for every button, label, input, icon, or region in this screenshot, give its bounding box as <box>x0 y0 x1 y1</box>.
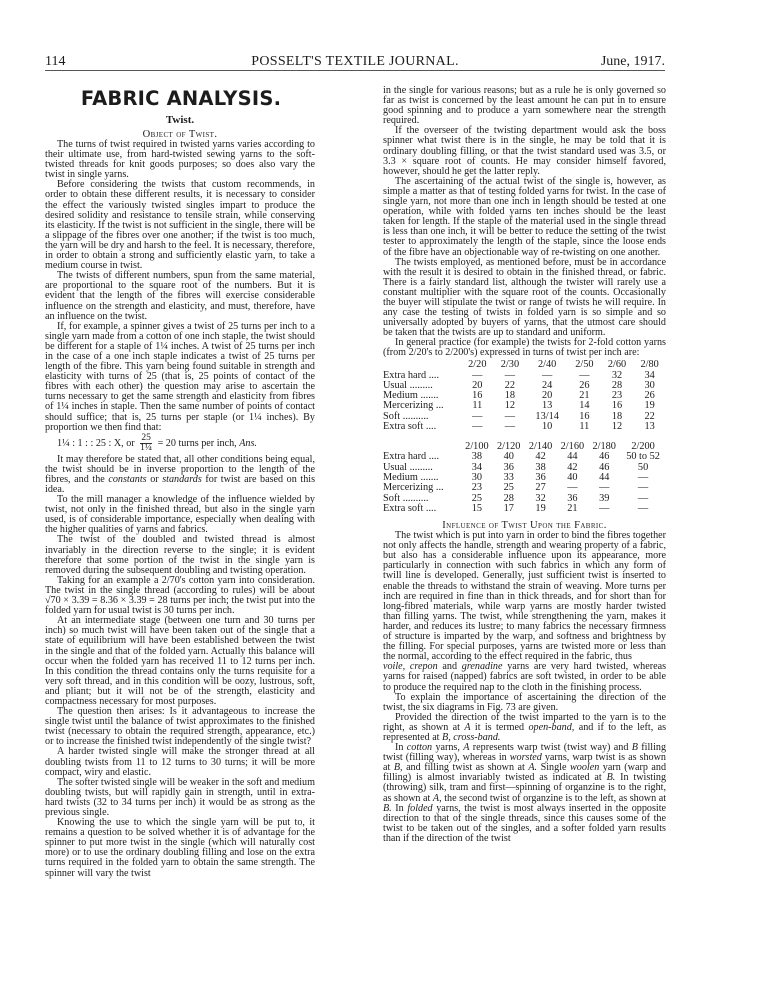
paragraph: The softer twisted single will be weaker… <box>45 778 315 818</box>
table-row: Extra soft .... — — 10 11 12 13 <box>383 422 666 432</box>
paragraph: It may therefore be stated that, all oth… <box>45 455 315 495</box>
table-cell: 27 <box>525 483 557 493</box>
column-header: 2/30 <box>494 360 527 371</box>
fraction-denominator: 1¼ <box>140 444 152 453</box>
paragraph: The question then arises: Is it advantag… <box>45 707 315 747</box>
table-cell: 15 <box>461 504 493 514</box>
table-cell: 17 <box>493 504 525 514</box>
issue-date: June, 1917. <box>601 54 665 70</box>
table-row: Mercerizing ... 23 25 27 — — — <box>383 483 666 493</box>
text-run: or <box>150 474 158 485</box>
paragraph: The twists employed, as mentioned before… <box>383 258 666 339</box>
table-cell: 10 <box>526 422 568 432</box>
paragraph: Before considering the twists that custo… <box>45 180 315 271</box>
twist-table-fine: 2/20 2/30 2/40 2/50 2/60 2/80 Extra hard… <box>383 360 666 433</box>
table-cell: 25 <box>493 483 525 493</box>
formula-answer: Ans. <box>239 438 257 449</box>
row-label: Mercerizing ... <box>383 483 461 493</box>
paragraph: voile, crepon and grenadine yarns are ve… <box>383 662 666 692</box>
paragraph: To the mill manager a knowledge of the i… <box>45 495 315 535</box>
paragraph: A harder twisted single will make the st… <box>45 747 315 777</box>
table-spacer <box>383 432 666 440</box>
table-header-blank <box>383 360 461 371</box>
paragraph: If, for example, a spinner gives a twist… <box>45 322 315 433</box>
emphasis: constants <box>108 474 146 485</box>
column-header: 2/20 <box>461 360 494 371</box>
table-header-row: 2/20 2/30 2/40 2/50 2/60 2/80 <box>383 360 666 371</box>
formula-rhs: = 20 turns per inch, <box>158 438 237 449</box>
paragraph: The turns of twist required in twisted y… <box>45 140 315 180</box>
table-cell: — <box>494 422 527 432</box>
right-column: in the single for various reasons; but a… <box>383 86 666 844</box>
row-label: Extra soft .... <box>383 422 461 432</box>
paragraph: The twist of the doubled and twisted thr… <box>45 535 315 575</box>
formula-lhs: 1¼ : 1 : : 25 : X, or <box>57 438 135 449</box>
header-rule <box>45 70 665 71</box>
table-row: Extra soft .... 15 17 19 21 — — <box>383 504 666 514</box>
article-subtitle: Twist. <box>45 114 315 127</box>
paragraph: In cotton yarns, A represents warp twist… <box>383 743 666 844</box>
table-cell: — <box>588 504 620 514</box>
table-cell: — <box>556 483 588 493</box>
table-cell: 11 <box>568 422 601 432</box>
table-cell: — <box>588 483 620 493</box>
column-header: 2/80 <box>633 360 666 371</box>
emphasis: standards <box>162 474 202 485</box>
column-header: 2/40 <box>526 360 568 371</box>
table-cell: 12 <box>601 422 634 432</box>
paragraph: At an intermediate stage (between one tu… <box>45 616 315 707</box>
paragraph: To explain the importance of ascertainin… <box>383 693 666 713</box>
table-cell: 13 <box>633 422 666 432</box>
emphasis: open-band, <box>528 722 574 733</box>
paragraph: If the overseer of the twisting departme… <box>383 126 666 176</box>
row-label: Extra soft .... <box>383 504 461 514</box>
proportion-formula: 1¼ : 1 : : 25 : X, or 25 1¼ = 20 turns p… <box>57 434 315 454</box>
left-column: FABRIC ANALYSIS. Twist. Object of Twist.… <box>45 86 315 879</box>
paragraph: The twist which is put into yarn in orde… <box>383 531 666 662</box>
twist-table-superfine: 2/100 2/120 2/140 2/160 2/180 2/200 Extr… <box>383 441 666 514</box>
table-cell: 21 <box>556 504 588 514</box>
table-cell: — <box>461 422 494 432</box>
paragraph: in the single for various reasons; but a… <box>383 86 666 126</box>
column-header: 2/60 <box>601 360 634 371</box>
formula-fraction: 25 1¼ <box>140 434 152 453</box>
journal-title: POSSELT'S TEXTILE JOURNAL. <box>45 54 665 70</box>
table-cell: — <box>620 504 666 514</box>
paragraph: In general practice (for example) the tw… <box>383 338 666 358</box>
table-cell: — <box>620 483 666 493</box>
paragraph: Provided the direction of the twist impa… <box>383 713 666 743</box>
running-header: 114 POSSELT'S TEXTILE JOURNAL. June, 191… <box>45 54 665 70</box>
table-cell: 23 <box>461 483 493 493</box>
paragraph: Knowing the use to which the single yarn… <box>45 818 315 879</box>
paragraph: The twists of different numbers, spun fr… <box>45 271 315 321</box>
column-header: 2/50 <box>568 360 601 371</box>
table-cell: 19 <box>525 504 557 514</box>
paragraph: Taking for an example a 2/70's cotton ya… <box>45 576 315 616</box>
article-title: FABRIC ANALYSIS. <box>45 88 315 110</box>
journal-page: 114 POSSELT'S TEXTILE JOURNAL. June, 191… <box>0 0 766 989</box>
paragraph: The ascertaining of the actual twist of … <box>383 177 666 258</box>
